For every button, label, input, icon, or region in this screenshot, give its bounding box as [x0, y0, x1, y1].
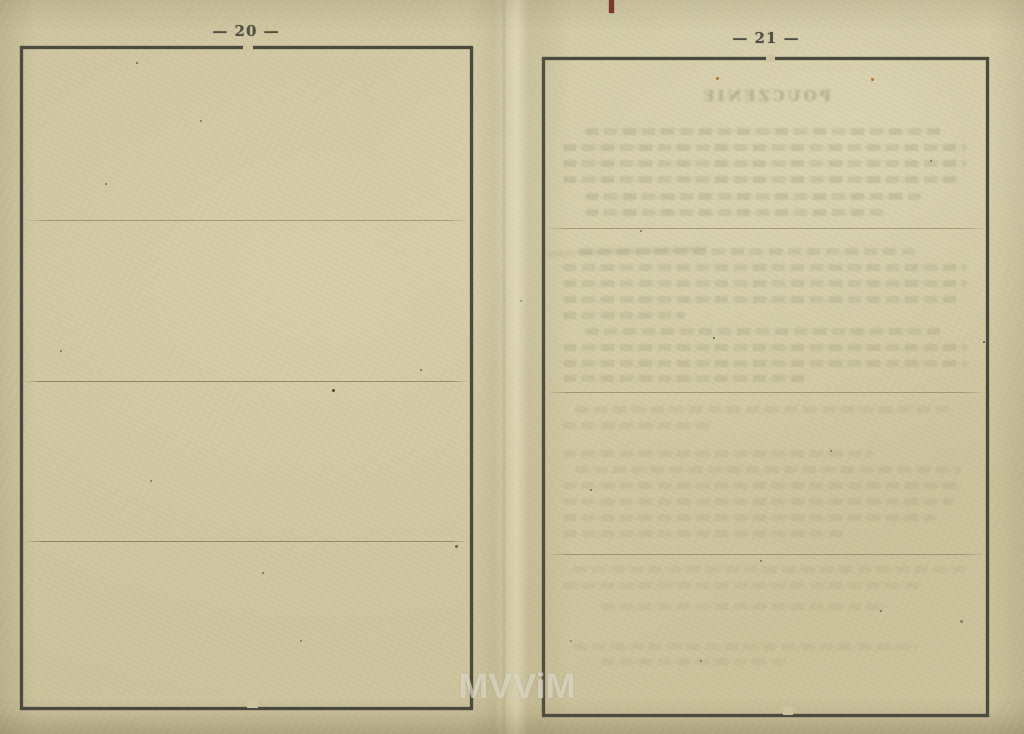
ghost-text-line — [563, 375, 809, 382]
ghost-text-line — [563, 498, 953, 505]
ghost-text-line — [585, 328, 941, 335]
paper-speck — [590, 489, 592, 491]
ghost-text-line — [563, 280, 967, 287]
ghost-text-line — [601, 658, 787, 665]
paper-speck — [136, 62, 138, 64]
booklet-scan: — 20 — — 21 — POUCZENIE — [0, 0, 1024, 734]
ghost-text-line — [563, 160, 967, 167]
paper-speck — [150, 480, 152, 482]
right-page-table-frame: POUCZENIE — [542, 57, 989, 717]
ghost-text-line — [575, 406, 955, 413]
ghost-text-line — [601, 603, 887, 610]
paper-speck — [262, 572, 264, 574]
page-number-left: — 20 — — [166, 22, 326, 40]
ghost-heading: POUCZENIE — [545, 87, 986, 105]
paper-speck — [700, 660, 702, 662]
paper-speck — [420, 369, 422, 371]
ghost-text-line — [563, 360, 967, 367]
row-divider — [24, 381, 469, 382]
paper-speck — [983, 341, 985, 343]
paper-speck — [760, 560, 762, 562]
ghost-text-line — [585, 193, 921, 200]
ghost-text-line — [573, 643, 917, 650]
ghost-text-line — [563, 176, 959, 183]
border-gap — [783, 707, 793, 715]
ghost-text-line — [563, 264, 967, 271]
paper-speck — [713, 337, 715, 339]
ghost-text-line — [563, 296, 961, 303]
ghost-text-line — [563, 144, 967, 151]
border-gap — [766, 55, 775, 62]
left-page-table-frame — [20, 46, 473, 710]
ghost-text-line — [563, 450, 873, 457]
paper-speck — [830, 450, 832, 452]
ghost-text-line — [563, 312, 685, 319]
ghost-text-line — [563, 344, 967, 351]
ghost-text-line — [575, 466, 961, 473]
watermark-text: MVViM — [452, 668, 582, 703]
paper-speck — [640, 230, 642, 232]
border-gap — [243, 44, 253, 51]
ghost-text-line — [563, 422, 713, 429]
paper-speck — [960, 620, 963, 623]
paper-speck — [570, 640, 572, 642]
red-tab-mark — [609, 0, 614, 13]
fold-crease-line — [503, 0, 505, 734]
paper-speck — [520, 300, 522, 302]
ghost-text-line — [563, 582, 923, 589]
ghost-text-line — [585, 128, 941, 135]
ghost-text-line — [573, 566, 965, 573]
row-divider — [24, 541, 469, 542]
page-number-right: — 21 — — [686, 29, 846, 47]
paper-speck — [716, 77, 719, 80]
paper-speck — [455, 545, 458, 548]
paper-speck — [105, 183, 107, 185]
ghost-text-line — [563, 514, 935, 521]
paper-speck — [200, 120, 202, 122]
ghost-text-line — [585, 209, 885, 216]
border-gap — [247, 700, 258, 708]
paper-speck — [930, 160, 932, 162]
bleed-through-text: POUCZENIE — [545, 60, 986, 714]
paper-speck — [300, 640, 302, 642]
paper-speck — [871, 78, 874, 81]
ghost-text-line — [563, 530, 845, 537]
paper-speck — [880, 610, 882, 612]
paper-speck — [60, 350, 62, 352]
paper-speck — [332, 389, 335, 392]
ghost-text-line — [563, 482, 961, 489]
row-divider — [24, 220, 469, 221]
